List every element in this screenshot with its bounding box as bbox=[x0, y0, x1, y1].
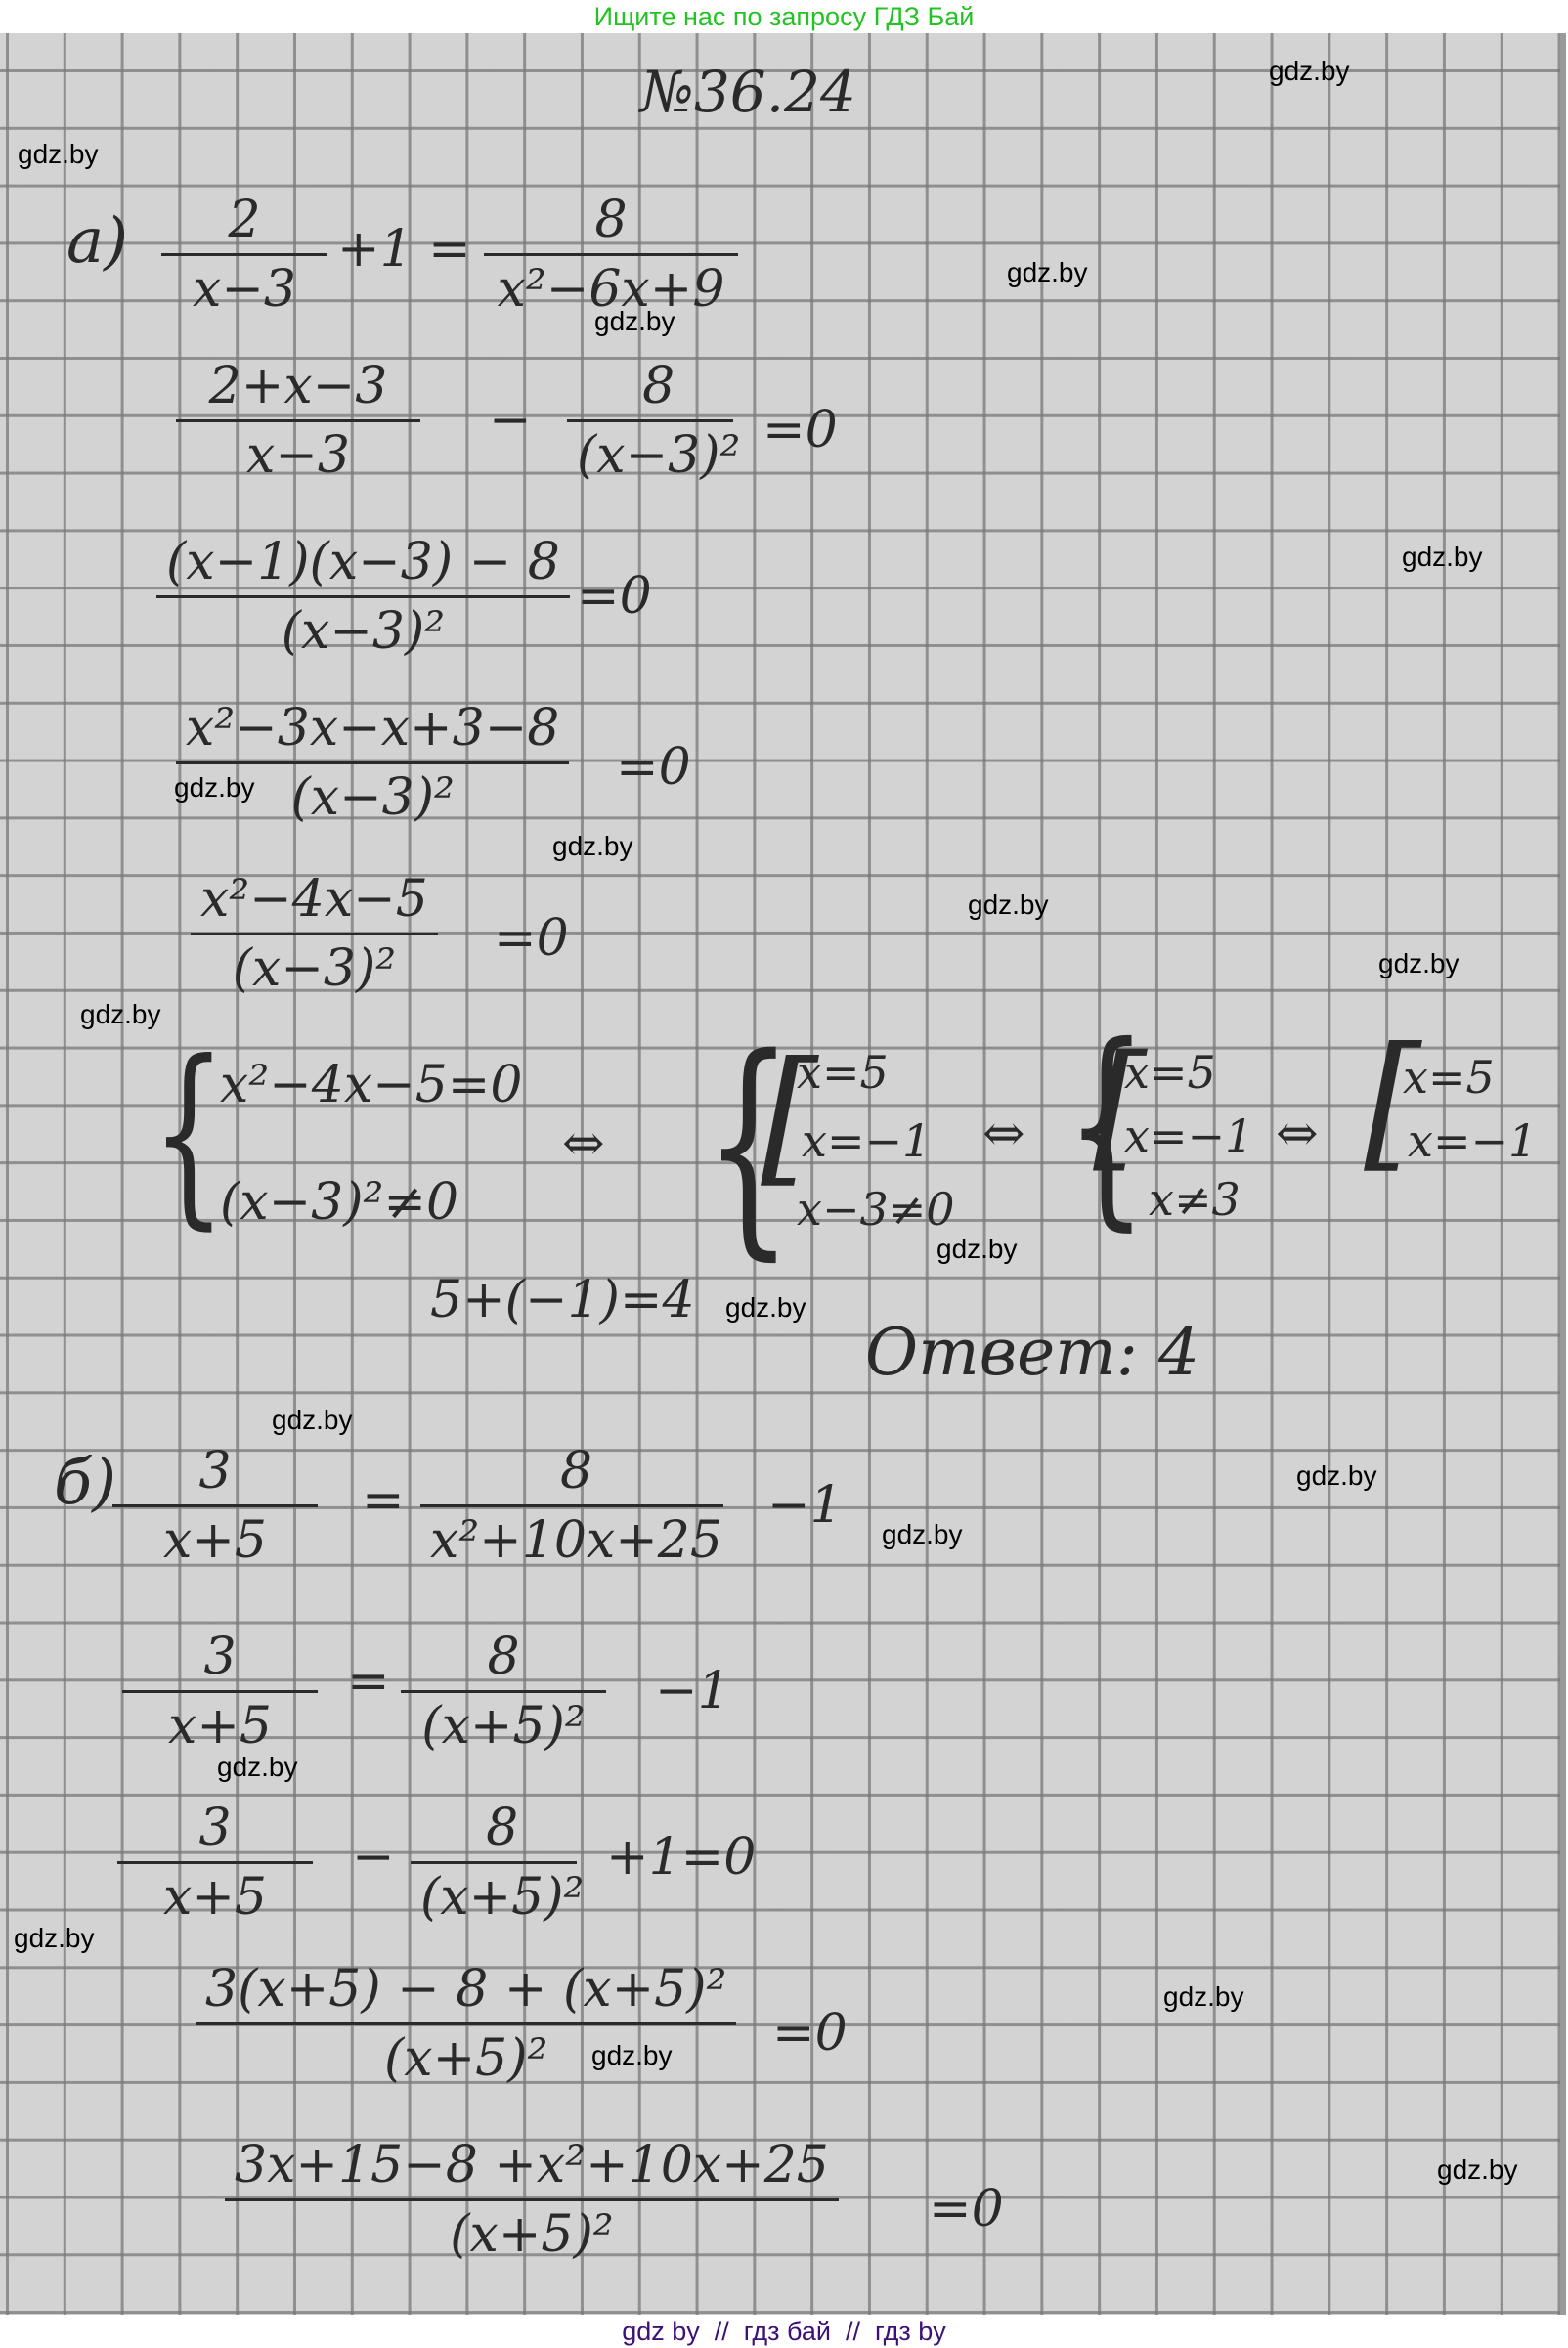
equiv-3: ⇔ bbox=[1276, 1105, 1319, 1163]
b-l3-tail: +1=0 bbox=[606, 1828, 756, 1887]
final-root-1: x=5 bbox=[1403, 1051, 1495, 1104]
system2-eq3: x−3≠0 bbox=[797, 1183, 955, 1236]
a-l2-fraction-2: 8 (x−3)² bbox=[567, 357, 750, 485]
watermark: gdz.by bbox=[1296, 1460, 1377, 1492]
equiv-2: ⇔ bbox=[982, 1105, 1025, 1163]
b-l5-tail: =0 bbox=[929, 2180, 1004, 2239]
watermark: gdz.by bbox=[725, 1292, 806, 1324]
system3-eq2: x=−1 bbox=[1124, 1109, 1253, 1162]
equiv-1: ⇔ bbox=[562, 1114, 605, 1173]
a-l4-tail: =0 bbox=[616, 738, 691, 797]
b-l2-tail: −1 bbox=[655, 1662, 730, 1720]
b-l1-rhs-fraction: 8 x²+10x+25 bbox=[420, 1442, 732, 1570]
a-l1-lhs-fraction: 2 x−3 bbox=[161, 191, 327, 319]
b-l2-eq: = bbox=[347, 1652, 390, 1711]
watermark: gdz.by bbox=[14, 1923, 95, 1954]
watermark: gdz.by bbox=[936, 1234, 1018, 1265]
a-l2-op: − bbox=[489, 391, 532, 450]
b-l4-tail: =0 bbox=[772, 2004, 848, 2063]
watermark: gdz.by bbox=[174, 772, 255, 804]
watermark: gdz.by bbox=[80, 999, 161, 1030]
b-l3-fraction-2: 8 (x+5)² bbox=[411, 1799, 593, 1927]
watermark: gdz.by bbox=[1007, 257, 1088, 288]
b-l2-lhs-fraction: 3 x+5 bbox=[122, 1628, 318, 1756]
part-a-label: а) bbox=[66, 205, 128, 278]
watermark: gdz.by bbox=[591, 2040, 673, 2071]
system2-eq2: x=−1 bbox=[802, 1114, 931, 1167]
a-l2-tail: =0 bbox=[762, 401, 838, 459]
b-l1-eq: = bbox=[362, 1471, 405, 1530]
a-l4-fraction: x²−3x−x+3−8 (x−3)² bbox=[176, 699, 569, 827]
a-l1-rhs-fraction: 8 x²−6x+9 bbox=[484, 191, 738, 319]
watermark: gdz.by bbox=[1269, 56, 1350, 87]
watermark: gdz.by bbox=[968, 890, 1049, 921]
part-b-label: б) bbox=[54, 1447, 116, 1519]
a-l5-tail: =0 bbox=[494, 909, 569, 968]
watermark: gdz.by bbox=[1378, 948, 1459, 979]
a-l5-fraction: x²−4x−5 (x−3)² bbox=[191, 870, 438, 998]
b-l3-op: − bbox=[352, 1828, 395, 1887]
system-brace-1: { bbox=[152, 1036, 226, 1232]
a-l1-tail: +1 = bbox=[337, 220, 471, 279]
system1-eq2: (x−3)²≠0 bbox=[220, 1173, 458, 1232]
a-l2-fraction-1: 2+x−3 x−3 bbox=[176, 357, 420, 485]
a-l3-fraction: (x−1)(x−3) − 8 (x−3)² bbox=[156, 533, 570, 661]
a-l3-tail: =0 bbox=[577, 567, 652, 626]
b-l3-fraction-1: 3 x+5 bbox=[117, 1799, 313, 1927]
bottom-site-banner[interactable]: gdz by // гдз бай // гдз by bbox=[0, 2315, 1568, 2348]
watermark: gdz.by bbox=[552, 831, 633, 862]
b-l2-rhs-fraction: 8 (x+5)² bbox=[401, 1628, 606, 1756]
watermark: gdz.by bbox=[1163, 1981, 1244, 2013]
system1-eq1: x²−4x−5=0 bbox=[220, 1056, 522, 1114]
watermark: gdz.by bbox=[18, 139, 99, 170]
watermark: gdz.by bbox=[272, 1405, 353, 1436]
watermark: gdz.by bbox=[1437, 2154, 1518, 2186]
watermark: gdz.by bbox=[217, 1752, 298, 1783]
watermark: gdz.by bbox=[594, 306, 675, 337]
b-l1-tail: −1 bbox=[767, 1476, 843, 1535]
system2-eq1: x=5 bbox=[797, 1046, 889, 1099]
final-root-2: x=−1 bbox=[1408, 1114, 1537, 1167]
roots-sum: 5+(−1)=4 bbox=[430, 1271, 695, 1329]
system3-eq1: x=5 bbox=[1124, 1046, 1216, 1099]
answer-a: Ответ: 4 bbox=[865, 1315, 1199, 1390]
b-l5-fraction: 3x+15−8 +x²+10x+25 (x+5)² bbox=[225, 2136, 839, 2264]
watermark: gdz.by bbox=[1402, 542, 1483, 573]
problem-number: №36.24 bbox=[640, 59, 856, 125]
top-search-banner[interactable]: Ищите нас по запросу ГДЗ Бай bbox=[0, 0, 1568, 33]
system3-eq3: x≠3 bbox=[1149, 1173, 1241, 1226]
b-l1-lhs-fraction: 3 x+5 bbox=[112, 1442, 318, 1570]
watermark: gdz.by bbox=[882, 1519, 963, 1550]
